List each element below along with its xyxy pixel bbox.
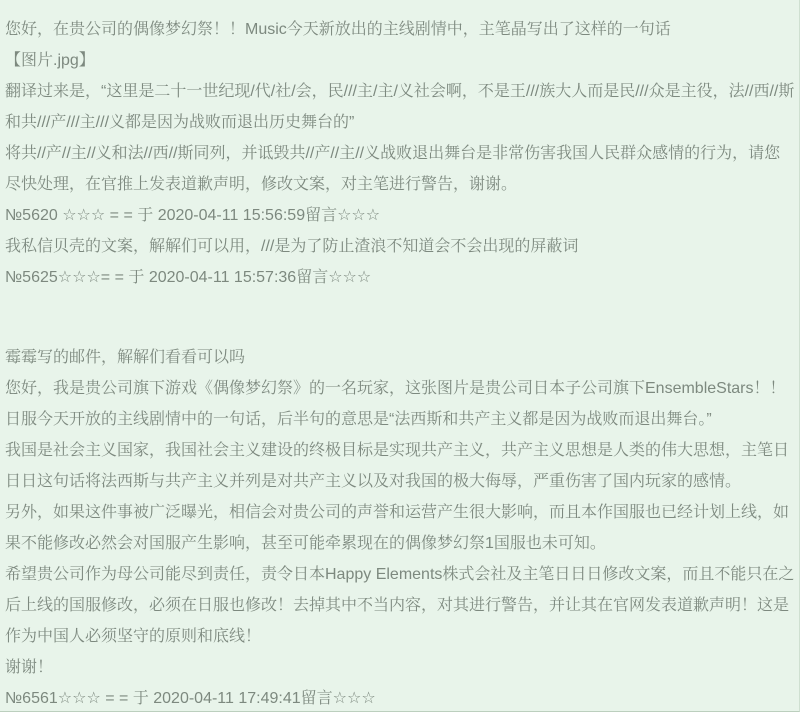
post-paragraph: 霉霉写的邮件，解解们看看可以吗 [5, 342, 796, 373]
post-signature: №6561☆☆☆ = = 于 2020-04-11 17:49:41留言☆☆☆ [5, 683, 796, 712]
post-paragraph: 翻译过来是，“这里是二十一世纪现/代/社/会，民///主/主/义社会啊，不是王/… [5, 76, 796, 138]
post-6561: 霉霉写的邮件，解解们看看可以吗 您好，我是贵公司旗下游戏《偶像梦幻祭》的一名玩家… [5, 342, 796, 712]
post-paragraph: 谢谢！ [5, 652, 796, 683]
forum-thread-page: 您好，在贵公司的偶像梦幻祭！！Music今天新放出的主线剧情中，主笔晶写出了这样… [0, 0, 800, 712]
post-paragraph: 我私信贝壳的文案，解解们可以用，///是为了防止渣浪不知道会不会出现的屏蔽词 [5, 231, 796, 262]
post-paragraph: 您好，我是贵公司旗下游戏《偶像梦幻祭》的一名玩家，这张图片是贵公司日本子公司旗下… [5, 373, 796, 435]
post-paragraph: 另外，如果这件事被广泛曝光，相信会对贵公司的声誉和运营产生很大影响，而且本作国服… [5, 497, 796, 559]
post-paragraph: 希望贵公司作为母公司能尽到责任，责令日本Happy Elements株式会社及主… [5, 559, 796, 652]
post-paragraph: 将共//产//主//义和法//西//斯同列，并诋毁共//产//主//义战败退出舞… [5, 138, 796, 200]
post-paragraph: 我国是社会主义国家，我国社会主义建设的终极目标是实现共产主义，共产主义思想是人类… [5, 435, 796, 497]
post-paragraph: 您好，在贵公司的偶像梦幻祭！！Music今天新放出的主线剧情中，主笔晶写出了这样… [5, 14, 796, 45]
post-signature: №5625☆☆☆= = 于 2020-04-11 15:57:36留言☆☆☆ [5, 262, 796, 293]
post-5620: 您好，在贵公司的偶像梦幻祭！！Music今天新放出的主线剧情中，主笔晶写出了这样… [5, 14, 796, 231]
post-signature: №5620 ☆☆☆ = = 于 2020-04-11 15:56:59留言☆☆☆ [5, 200, 796, 231]
image-attachment-label: 【图片.jpg】 [5, 45, 796, 76]
post-5625: 我私信贝壳的文案，解解们可以用，///是为了防止渣浪不知道会不会出现的屏蔽词 №… [5, 231, 796, 293]
